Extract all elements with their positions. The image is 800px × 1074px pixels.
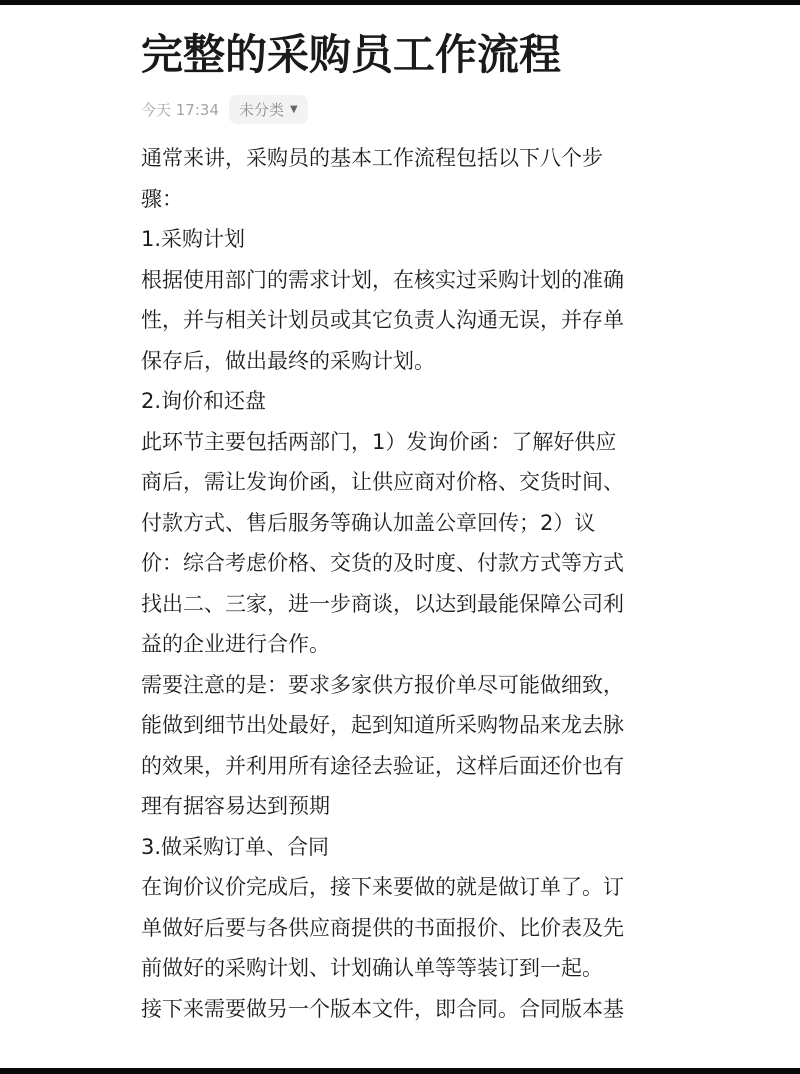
body-line: 通常来讲，采购员的基本工作流程包括以下八个步 — [141, 138, 681, 179]
caret-down-icon: ▼ — [290, 104, 298, 115]
body-line: 找出二、三家，进一步商谈，以达到最能保障公司利 — [141, 584, 681, 625]
body-line: 根据使用部门的需求计划，在核实过采购计划的准确 — [141, 260, 681, 301]
body-line: 保存后，做出最终的采购计划。 — [141, 341, 681, 382]
note-content: 完整的采购员工作流程 今天 17:34 未分类 ▼ 通常来讲，采购员的基本工作流… — [141, 26, 681, 1029]
note-meta: 今天 17:34 未分类 ▼ — [141, 94, 681, 124]
top-edge-bar — [0, 0, 800, 5]
body-line: 性，并与相关计划员或其它负责人沟通无误，并存单 — [141, 300, 681, 341]
category-dropdown[interactable]: 未分类 ▼ — [229, 95, 308, 124]
body-line: 前做好的采购计划、计划确认单等等装订到一起。 — [141, 948, 681, 989]
note-title[interactable]: 完整的采购员工作流程 — [141, 26, 681, 84]
body-line: 价：综合考虑价格、交货的及时度、付款方式等方式 — [141, 543, 681, 584]
body-line: 理有据容易达到预期 — [141, 786, 681, 827]
body-line: 商后，需让发询价函，让供应商对价格、交货时间、 — [141, 462, 681, 503]
category-label: 未分类 — [239, 99, 284, 120]
body-line: 此环节主要包括两部门，1）发询价函：了解好供应 — [141, 422, 681, 463]
body-line: 在询价议价完成后，接下来要做的就是做订单了。订 — [141, 867, 681, 908]
body-line: 能做到细节出处最好，起到知道所采购物品来龙去脉 — [141, 705, 681, 746]
section-heading: 1.采购计划 — [141, 219, 681, 260]
body-line: 付款方式、售后服务等确认加盖公章回传；2）议 — [141, 503, 681, 544]
body-line: 接下来需要做另一个版本文件，即合同。合同版本基 — [141, 989, 681, 1030]
body-line: 单做好后要与各供应商提供的书面报价、比价表及先 — [141, 908, 681, 949]
body-line: 益的企业进行合作。 — [141, 624, 681, 665]
body-line: 需要注意的是：要求多家供方报价单尽可能做细致， — [141, 665, 681, 706]
timestamp: 今天 17:34 — [141, 99, 219, 120]
bottom-edge-bar — [0, 1068, 800, 1074]
section-heading: 3.做采购订单、合同 — [141, 827, 681, 868]
body-line: 骤： — [141, 179, 681, 220]
body-line: 的效果，并利用所有途径去验证，这样后面还价也有 — [141, 746, 681, 787]
section-heading: 2.询价和还盘 — [141, 381, 681, 422]
note-body[interactable]: 通常来讲，采购员的基本工作流程包括以下八个步 骤： 1.采购计划 根据使用部门的… — [141, 138, 681, 1029]
